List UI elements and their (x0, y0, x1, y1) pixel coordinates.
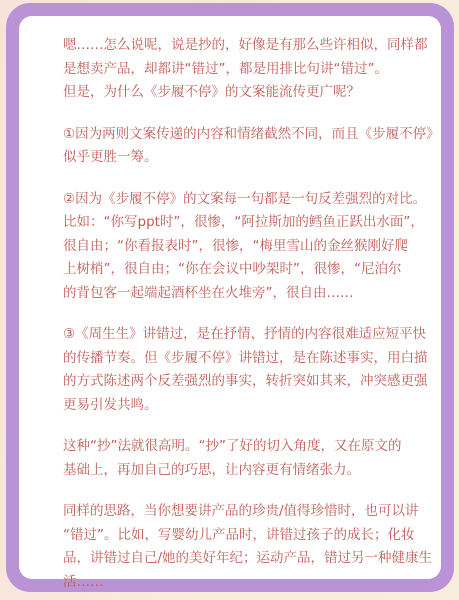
article-text: 嗯……怎么说呢，说是抄的，好像是有那么些许相似，同样都 是想卖产品，却都讲“错过… (63, 34, 435, 594)
paragraph-intro: 嗯……怎么说呢，说是抄的，好像是有那么些许相似，同样都 是想卖产品，却都讲“错过… (63, 34, 435, 105)
text-line: 的背包客一起端起酒杯坐在火堆旁”，很自由…… (63, 282, 435, 306)
text-line: 这种“抄”法就很高明。“抄”了好的切入角度，又在原文的 (63, 435, 435, 459)
card-border-frame: 嗯……怎么说呢，说是抄的，好像是有那么些许相似，同样都 是想卖产品，却都讲“错过… (6, 3, 454, 592)
paragraph-point-2: ②因为《步履不停》的文案每一句都是一句反差强烈的对比。 比如：“你写ppt时”，… (63, 188, 435, 306)
text-line: 嗯……怎么说呢，说是抄的，好像是有那么些许相似，同样都 (63, 34, 435, 58)
text-line: 很自由；“你看报表时”，很惨，“梅里雪山的金丝猴刚好爬 (63, 235, 435, 259)
note-card: 嗯……怎么说呢，说是抄的，好像是有那么些许相似，同样都 是想卖产品，却都讲“错过… (19, 16, 441, 579)
text-line: “错过”。比如，写婴幼儿产品时，讲错过孩子的成长；化妆 (63, 524, 435, 548)
text-line: 品，讲错过自己/她的美好年纪；运动产品，错过另一种健康生 (63, 547, 435, 571)
text-line: 似乎更胜一筹。 (63, 146, 435, 170)
text-line: 活…… (63, 571, 435, 595)
text-line: 的传播节奏。但《步履不停》讲错过，是在陈述事实，用白描 (63, 347, 435, 371)
text-line: ③《周生生》讲错过，是在抒情，抒情的内容很难适应短平快 (63, 323, 435, 347)
paragraph-point-1: ①因为两则文案传递的内容和情绪截然不同，而且《步履不停》 似乎更胜一筹。 (63, 123, 435, 170)
text-line: ①因为两则文案传递的内容和情绪截然不同，而且《步履不停》 (63, 123, 435, 147)
text-line: 同样的思路，当你想要讲产品的珍贵/值得珍惜时，也可以讲 (63, 500, 435, 524)
paragraph-point-3: ③《周生生》讲错过，是在抒情，抒情的内容很难适应短平快 的传播节奏。但《步履不停… (63, 323, 435, 417)
paragraph-application: 同样的思路，当你想要讲产品的珍贵/值得珍惜时，也可以讲 “错过”。比如，写婴幼儿… (63, 500, 435, 594)
text-line: ②因为《步履不停》的文案每一句都是一句反差强烈的对比。 (63, 188, 435, 212)
text-line: 是想卖产品，却都讲“错过”，都是用排比句讲“错过”。 (63, 58, 435, 82)
text-line: 基础上，再加自己的巧思，让内容更有情绪张力。 (63, 459, 435, 483)
text-line: 上树梢”，很自由；“你在会议中吵架时”，很惨，“尼泊尔 (63, 258, 435, 282)
text-line: 但是，为什么《步履不停》的文案能流传更广呢？ (63, 81, 435, 105)
paragraph-summary: 这种“抄”法就很高明。“抄”了好的切入角度，又在原文的 基础上，再加自己的巧思，… (63, 435, 435, 482)
text-line: 更易引发共鸣。 (63, 394, 435, 418)
text-line: 的方式陈述两个反差强烈的事实，转折突如其来，冲突感更强 (63, 370, 435, 394)
text-line: 比如：“你写ppt时”，很惨，“阿拉斯加的鳕鱼正跃出水面”， (63, 211, 435, 235)
